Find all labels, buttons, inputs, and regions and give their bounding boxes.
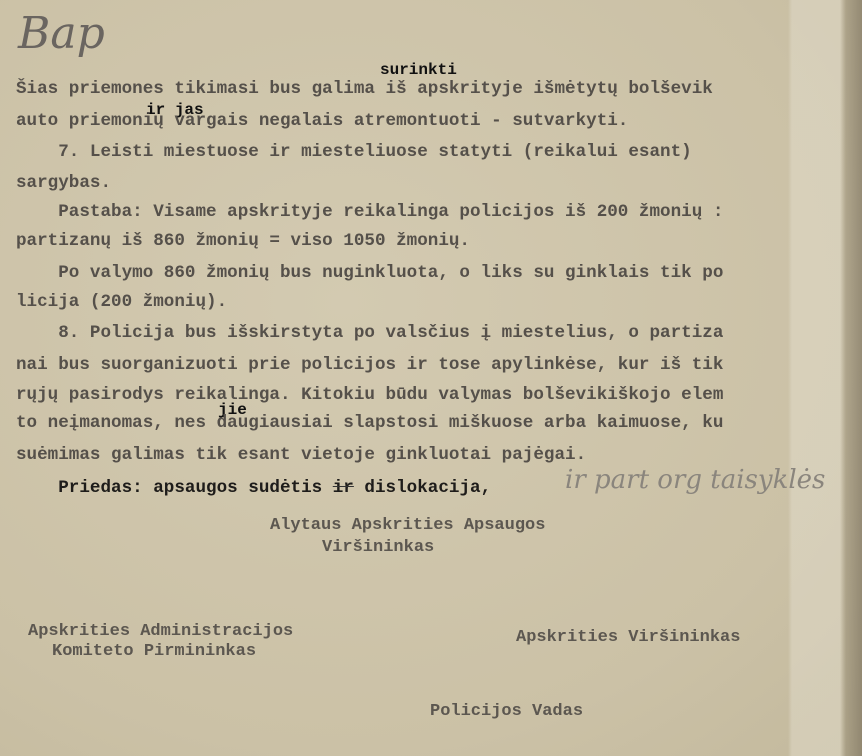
body-line-5: Pastaba: Visame apskrityje reikalinga po… bbox=[16, 202, 723, 222]
signature-county-chief: Apskrities Viršininkas bbox=[516, 628, 740, 648]
body-line-2: auto priemonių vargais negalais atremont… bbox=[16, 111, 628, 131]
signature-police-chief: Policijos Vadas bbox=[430, 702, 583, 722]
body-line-7: Po valymo 860 žmonių bus nuginkluota, o … bbox=[16, 263, 723, 283]
annex-struck-word: ir bbox=[333, 478, 354, 498]
signature-admin-committee-role: Komiteto Pirmininkas bbox=[52, 642, 256, 662]
signature-security-chief-title: Alytaus Apskrities Apsaugos bbox=[270, 516, 545, 536]
annex-prefix: Priedas: apsaugos sudėtis bbox=[16, 478, 333, 498]
body-line-6: partizanų iš 860 žmonių = viso 1050 žmon… bbox=[16, 231, 470, 251]
signature-security-chief-role: Viršininkas bbox=[322, 538, 434, 558]
annex-suffix: dislokacija, bbox=[354, 478, 491, 498]
body-line-12: to neįmanomas, nes daugiausiai slapstosi… bbox=[16, 413, 723, 433]
body-line-8: licija (200 žmonių). bbox=[16, 292, 227, 312]
signature-admin-committee-title: Apskrities Administracijos bbox=[28, 622, 293, 642]
body-line-11: rųjų pasirodys reikalinga. Kitokiu būdu … bbox=[16, 385, 723, 405]
annex-line: Priedas: apsaugos sudėtis ir dislokacija… bbox=[16, 478, 491, 498]
body-line-1: Šias priemones tikimasi bus galima iš ap… bbox=[16, 79, 713, 99]
body-line-4: sargybas. bbox=[16, 173, 111, 193]
document-page: Bap surinkti Šias priemones tikimasi bus… bbox=[0, 0, 862, 756]
handwritten-header: Bap bbox=[18, 8, 105, 59]
handwritten-annex-note: ir part org taisyklės bbox=[565, 465, 825, 495]
insertion-surinkti: surinkti bbox=[380, 61, 457, 79]
body-line-9: 8. Policija bus išskirstyta po valsčius … bbox=[16, 323, 723, 343]
body-line-3: 7. Leisti miestuose ir miesteliuose stat… bbox=[16, 142, 692, 162]
body-line-13: suėmimas galimas tik esant vietoje ginkl… bbox=[16, 445, 586, 465]
body-line-10: nai bus suorganizuoti prie policijos ir … bbox=[16, 355, 723, 375]
